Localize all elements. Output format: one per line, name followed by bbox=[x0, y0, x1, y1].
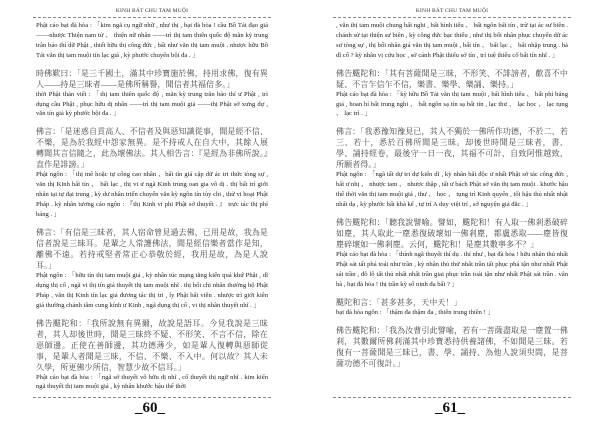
vietnamese-paragraph: thời Phật thán viết : 「thị tam thiên quố… bbox=[36, 90, 268, 120]
chinese-paragraph: 佛告颰陀和：「我為汝曹引此譬喻，若有一菩薩盡取是一塵置一佛剎，其數爾所佛剎滿其中… bbox=[336, 325, 568, 369]
chinese-paragraph: 佛言：「我悉豫知豫見已，其人不獨於一佛所作功德，不於二、若三、若十，悉於百佛所聞… bbox=[336, 126, 568, 170]
page-right: KINH BÁT CHU TAM MUỘI , văn thị tam muội… bbox=[300, 0, 600, 424]
header-rule bbox=[333, 17, 571, 18]
page-body: Phật cáo bạt đà hòa : 「kim ngã cụ ngữ nh… bbox=[36, 21, 268, 392]
vietnamese-paragraph: Phật ngôn : 「hữu tín thị tam muội giả , … bbox=[36, 271, 268, 311]
chinese-paragraph: 時佛歎曰：「是三千國土，滿其中珍寶施於佛，持用求佛，復有異人——持是三昧者——是… bbox=[36, 68, 268, 90]
vietnamese-paragraph: Phật cáo bạt đà hòa : 「kỳ hữu Bồ Tát văn… bbox=[336, 90, 568, 120]
chinese-paragraph: 佛告颰陀和：「其有菩薩聞是三昧，不形笑、不誹謗者，歡喜不中疑、不言乍信乍不信，樂… bbox=[336, 68, 568, 90]
page-body: , văn thị tam muội chung bất nghi , bất … bbox=[336, 21, 568, 369]
vietnamese-paragraph: , văn thị tam muội chung bất nghi , bất … bbox=[336, 21, 568, 61]
chinese-paragraph: 佛告颰陀和：「我所說無有異爾，故說是語耳。今見我說是三昧者，其人却後世時，聞是三… bbox=[36, 318, 268, 373]
vietnamese-paragraph: Phật cáo bạt đà hòa : 「thính ngã thuyết … bbox=[336, 250, 568, 290]
chinese-paragraph: 佛言：「是迷惑自貢高人、不信者及與惡知識從事，聞是經不信、不樂，是為於我經中怨家… bbox=[36, 126, 268, 170]
vietnamese-paragraph: bạt đà hòa ngôn : 「thậm đa thậm đa , thi… bbox=[336, 308, 568, 318]
vietnamese-paragraph: Phật ngôn : 「ngã tất dự tri dự kiến dĩ ,… bbox=[336, 170, 568, 210]
header-rule bbox=[33, 17, 271, 18]
chinese-paragraph: 颰陀和言：「甚多甚多，天中天！」 bbox=[336, 297, 568, 308]
running-header: KINH BÁT CHU TAM MUỘI bbox=[333, 8, 571, 14]
vietnamese-paragraph: Phật cáo bạt đà hòa : 「kim ngã cụ ngữ nh… bbox=[36, 21, 268, 61]
page-number: _61_ bbox=[300, 400, 600, 417]
running-header: KINH BÁT CHU TAM MUỘI bbox=[33, 8, 271, 14]
chinese-paragraph: 佛言：「有信是三昧者，其人宿命曾見過去佛，已用是故，我為是信者說是三昧耳。是輩之… bbox=[36, 227, 268, 271]
chinese-paragraph: 佛告颰陀和：「聽我說譬喻。譬如，颰陀和！有人取一佛剎悉破碎如塵，其人取此一塵悉復… bbox=[336, 217, 568, 250]
vietnamese-paragraph: Phật ngôn : 「thị mê hoặc tự cống cao nhâ… bbox=[36, 170, 268, 220]
page-left: KINH BÁT CHU TAM MUỘI Phật cáo bạt đà hò… bbox=[0, 0, 300, 424]
footer-rule bbox=[33, 397, 271, 398]
page-number: _60_ bbox=[0, 400, 300, 417]
vietnamese-paragraph: Phật cáo bạt đà hòa : 「ngã sở thuyết vô … bbox=[36, 373, 268, 393]
footer-rule bbox=[333, 397, 571, 398]
